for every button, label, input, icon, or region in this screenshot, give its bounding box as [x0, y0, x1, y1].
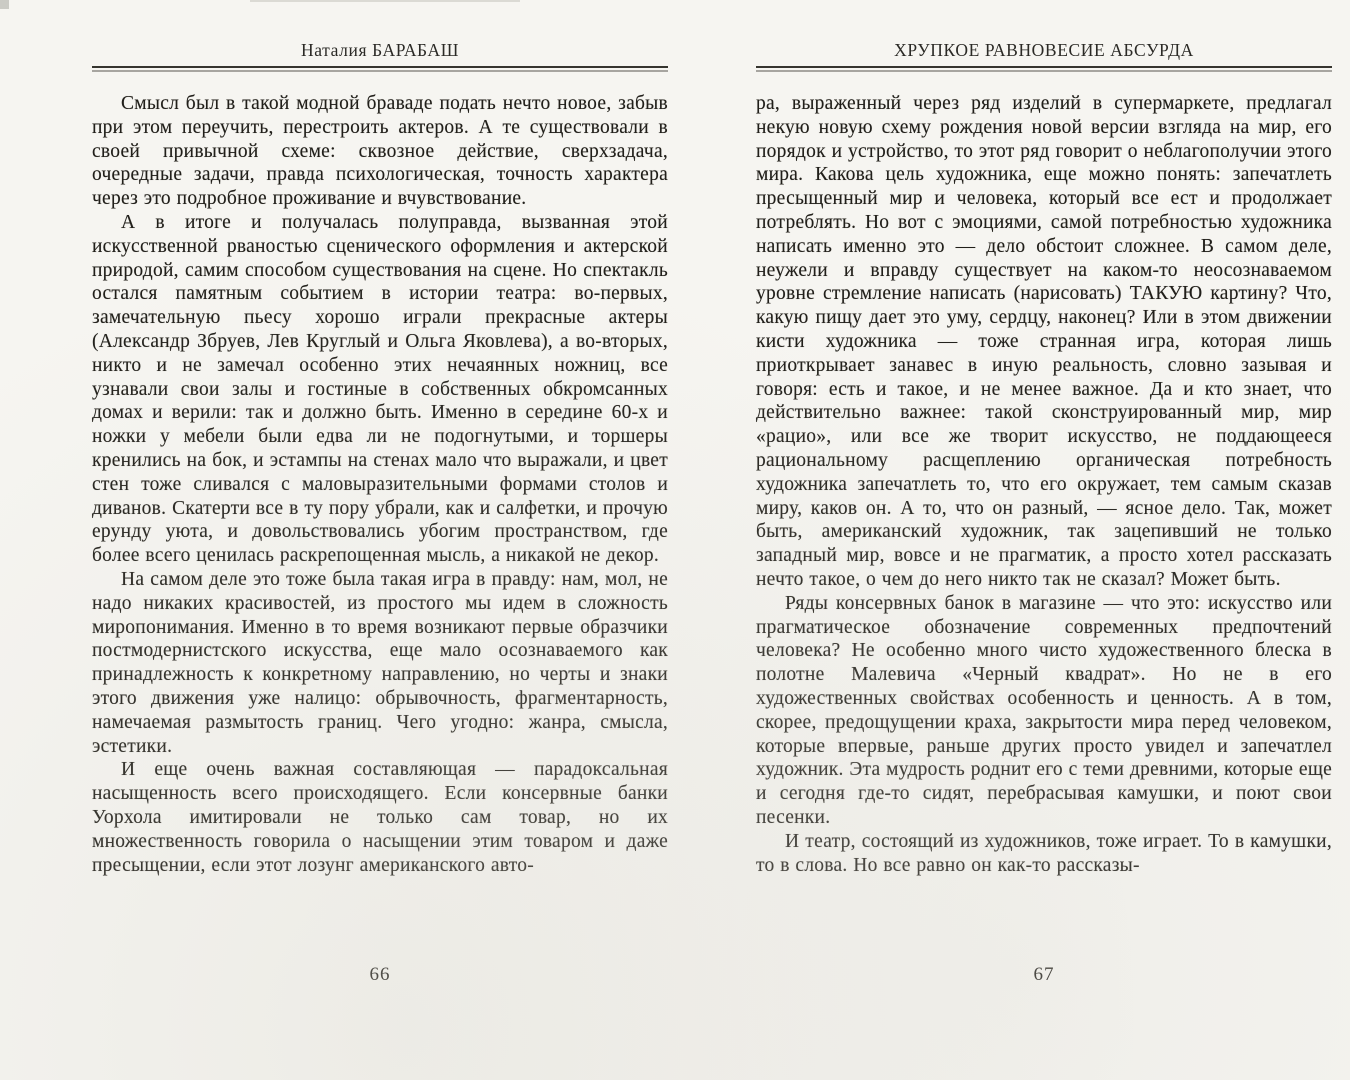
body-paragraph: А в итоге и получалась полуправда, вызва…	[92, 211, 668, 568]
body-paragraph: Ряды консервных банок в магазине — что э…	[756, 592, 1332, 830]
running-header-chapter-title: ХРУПКОЕ РАВНОВЕСИЕ АБСУРДА	[756, 40, 1332, 66]
running-header-author: Наталия БАРАБАШ	[92, 40, 668, 66]
scan-artifact-top-left	[0, 0, 9, 9]
book-page-right: ХРУПКОЕ РАВНОВЕСИЕ АБСУРДА ра, выраженны…	[756, 40, 1332, 877]
page-body-right: ра, выраженный через ряд изделий в супер…	[756, 92, 1332, 877]
body-paragraph: И театр, состоящий из художников, тоже и…	[756, 830, 1332, 878]
scan-artifact-top-edge	[250, 0, 520, 2]
body-paragraph: На самом деле это тоже была такая игра в…	[92, 568, 668, 758]
body-paragraph: ра, выраженный через ряд изделий в супер…	[756, 92, 1332, 592]
page-body-left: Смысл был в такой модной браваде подать …	[92, 92, 668, 877]
body-paragraph: Смысл был в такой модной браваде подать …	[92, 92, 668, 211]
page-number-left: 66	[92, 964, 668, 986]
body-paragraph: И еще очень важная составляющая — парадо…	[92, 758, 668, 877]
book-page-left: Наталия БАРАБАШ Смысл был в такой модной…	[92, 40, 668, 877]
page-number-right: 67	[756, 964, 1332, 986]
header-rule-left	[92, 66, 668, 70]
header-rule-right	[756, 66, 1332, 70]
